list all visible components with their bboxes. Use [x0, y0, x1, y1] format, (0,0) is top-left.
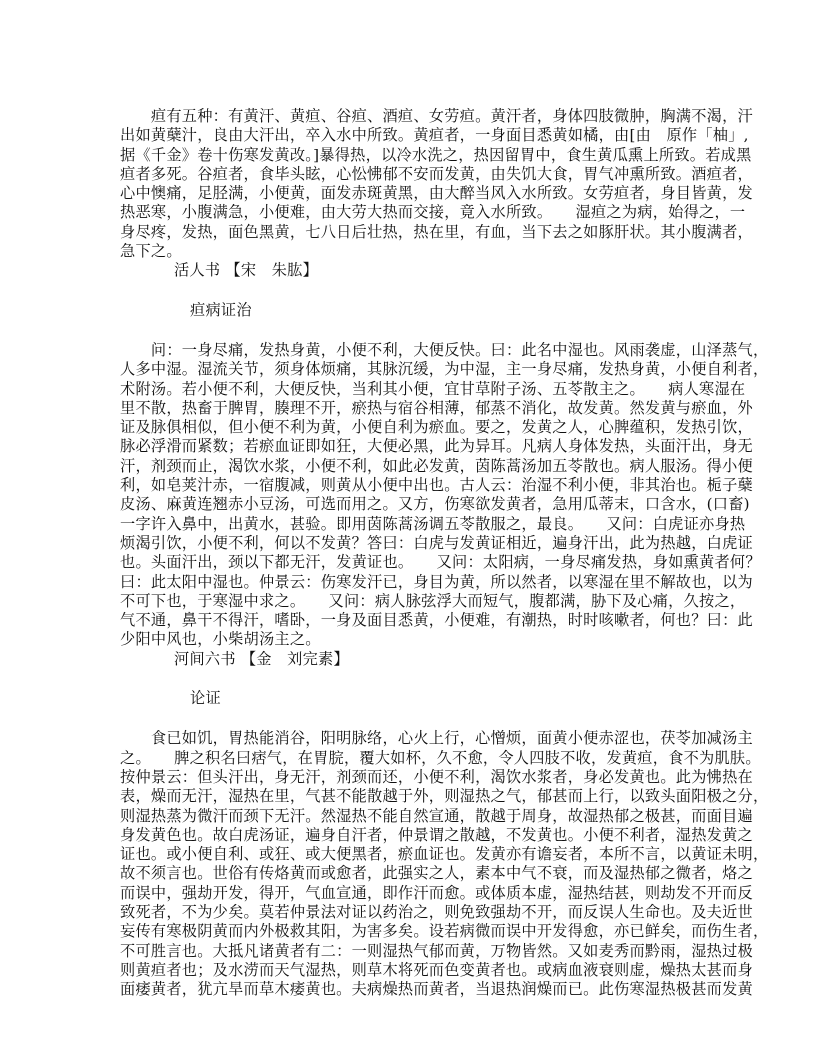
text-line: 证及脉俱相似，但小便不利为黄，小便自利为瘀血。要之，发黄之人，心脾蕴积，发热引饮…	[120, 418, 700, 437]
text-line: 也。头面汗出，颈以下都无汗，发黄证也。 又问：太阳病，一身尽痛发热，身如熏黄者何…	[120, 553, 700, 572]
text-line: 热恶寒，小腹满急，小便难，由大劳大热而交接，竟入水所致。 湿疸之为病，始得之，一	[120, 203, 700, 222]
text-line: 不可下也，于寒湿中求之。 又问：病人脉弦浮大而短气，腹都满，胁下及心痛，久按之，	[120, 592, 700, 611]
text-line: 身发黄色也。故白虎汤证，遍身自汗者，仲景谓之散越，不发黄也。小便不利者，湿热发黄…	[120, 826, 700, 845]
text-line: 不可胜言也。大抵凡诸黄者有二：一则湿热气郁而黄，万物皆然。又如麦秀而黔雨，湿热过…	[120, 942, 700, 961]
source-citation: 河间六书 【金 刘完素】	[120, 650, 700, 669]
paragraph: 食已如饥，胃热能消谷，阳明脉络，心火上行，心憎烦，面黄小便赤涩也，茯苓加减汤主之…	[120, 729, 700, 999]
text-line: 出如黄蘖汁，良由大汗出，卒入水中所致。黄疸者，一身面目悉黄如橘，由[由 原作「柚…	[120, 126, 700, 145]
paragraph: 疸有五种：有黄汗、黄疸、谷疸、酒疸、女劳疸。黄汗者，身体四肢微肿，胸满不渴，汗出…	[120, 107, 700, 261]
text-line: 妄传有寒极阴黄而内外极救其阳，为害多矣。设若病微而误中开发得愈，亦已鲜矣，而伤生…	[120, 922, 700, 941]
text-line: 少阳中风也，小柴胡汤主之。	[120, 630, 700, 649]
section-heading: 疸病证治	[120, 301, 700, 320]
text-line: 之。 脾之积名曰痞气，在胃脘，覆大如杯，久不愈，令人四肢不收，发黄疸，食不为肌肤…	[120, 749, 700, 768]
section-heading: 论证	[120, 689, 700, 708]
text-line: 疸者多死。谷疸者，食毕头眩，心忪怫郁不安而发黄，由失饥大食，胃气冲熏所致。酒疸者…	[120, 165, 700, 184]
text-line: 人多中湿。湿流关节，须身体烦痛，其脉沉缓，为中湿，主一身尽痛，发热身黄，小便自利…	[120, 360, 700, 379]
source-citation: 活人书 【宋 朱肱】	[120, 261, 700, 280]
text-line: 致死者，不为少矣。莫若仲景法对证以药治之，则免致强劫不开，而反误人生命也。及夫近…	[120, 903, 700, 922]
text-line: 里不散，热畜于脾胃，腠理不开，瘀热与宿谷相薄，郁蒸不消化，故发黄。然发黄与瘀血，…	[120, 399, 700, 418]
text-line: 利，如皂荚汁赤，一宿腹减，则黄从小便中出也。古人云：治湿不利小便，非其治也。栀子…	[120, 476, 700, 495]
paragraph: 问：一身尽痛，发热身黄，小便不利，大便反快。曰：此名中湿也。风雨袭虚，山泽蒸气，…	[120, 341, 700, 650]
text-line: 汗，剂颈而止，渴饮水浆，小便不利，如此必发黄，茵陈蒿汤加五苓散也。病人服汤。得小…	[120, 457, 700, 476]
document-page: 疸有五种：有黄汗、黄疸、谷疸、酒疸、女劳疸。黄汗者，身体四肢微肿，胸满不渴，汗出…	[120, 107, 700, 999]
text-line: 食已如饥，胃热能消谷，阳明脉络，心火上行，心憎烦，面黄小便赤涩也，茯苓加减汤主	[120, 729, 700, 748]
text-line: 问：一身尽痛，发热身黄，小便不利，大便反快。曰：此名中湿也。风雨袭虚，山泽蒸气，	[120, 341, 700, 360]
text-line: 身尽疼，发热，面色黑黄，七八日后壮热，热在里，有血，当下去之如豚肝状。其小腹满者…	[120, 223, 700, 242]
text-line: 气不通，鼻干不得汗，嗜卧，一身及面目悉黄，小便难，有潮热，时时咳嗽者，何也？曰：…	[120, 611, 700, 630]
text-line: 按仲景云：但头汗出，身无汗，剂颈而还，小便不利，渴饮水浆者，身必发黄也。此为怫热…	[120, 768, 700, 787]
text-line: 则黄疸者也；及水涝而天气湿热，则草木将死而色变黄者也。或病血液衰则虚，燥热太甚而…	[120, 961, 700, 980]
text-line: 皮汤、麻黄连翘赤小豆汤，可选而用之。又方，伤寒欲发黄者，急用瓜蒂末，口含水，(口…	[120, 495, 700, 514]
text-line: 表，燥而无汗，湿热在里，气甚不能散越于外，则湿热之气，郁甚而上行，以致头面阳极之…	[120, 787, 700, 806]
text-line: 一字许入鼻中，出黄水，甚验。即用茵陈蒿汤调五苓散服之，最良。 又问：白虎证亦身热	[120, 515, 700, 534]
text-line: 面痿黄者，犹亢旱而草木痿黄也。夫病燥热而黄者，当退热润燥而已。此伤寒湿热极甚而发…	[120, 980, 700, 999]
text-line: 心中懊痛，足胫满，小便黄，面发赤斑黄黑，由大醉当风入水所致。女劳疸者，身目皆黄，…	[120, 184, 700, 203]
text-line: 术附汤。若小便不利，大便反快，当利其小便，宜甘草附子汤、五苓散主之。 病人寒湿在	[120, 380, 700, 399]
text-line: 脉必浮滑而紧数；若瘀血证即如狂，大便必黑，此为异耳。凡病人身体发热，头面汗出，身…	[120, 437, 700, 456]
text-line: 则湿热蒸为微汗而颈下无汗。然湿热不能自然宣通，散越于周身，故湿热郁之极甚，而面目…	[120, 807, 700, 826]
text-line: 证也。或小便自利、或狂、或大便黑者，瘀血证也。发黄亦有谵妄者，本所不言，以黄证未…	[120, 845, 700, 864]
text-line: 曰：此太阳中湿也。仲景云：伤寒发汗已，身目为黄，所以然者，以寒湿在里不解故也，以…	[120, 573, 700, 592]
text-line: 烦渴引饮，小便不利，何以不发黄？答曰：白虎与发黄证相近，遍身汗出，此为热越，白虎…	[120, 534, 700, 553]
text-line: 疸有五种：有黄汗、黄疸、谷疸、酒疸、女劳疸。黄汗者，身体四肢微肿，胸满不渴，汗	[120, 107, 700, 126]
text-line: 据《千金》卷十伤寒发黄改。]暴得热，以冷水洗之，热因留胃中，食生黄瓜熏上所致。若…	[120, 146, 700, 165]
text-line: 急下之。	[120, 242, 700, 261]
text-line: 而误中，强劫开发，得开，气血宣通，即作汗而愈。或体质本虚，湿热结甚，则劫发不开而…	[120, 884, 700, 903]
text-line: 故不须言也。世俗有传烙黄而或愈者，此强实之人，素本中气不衰，而及湿热郁之微者，烙…	[120, 864, 700, 883]
